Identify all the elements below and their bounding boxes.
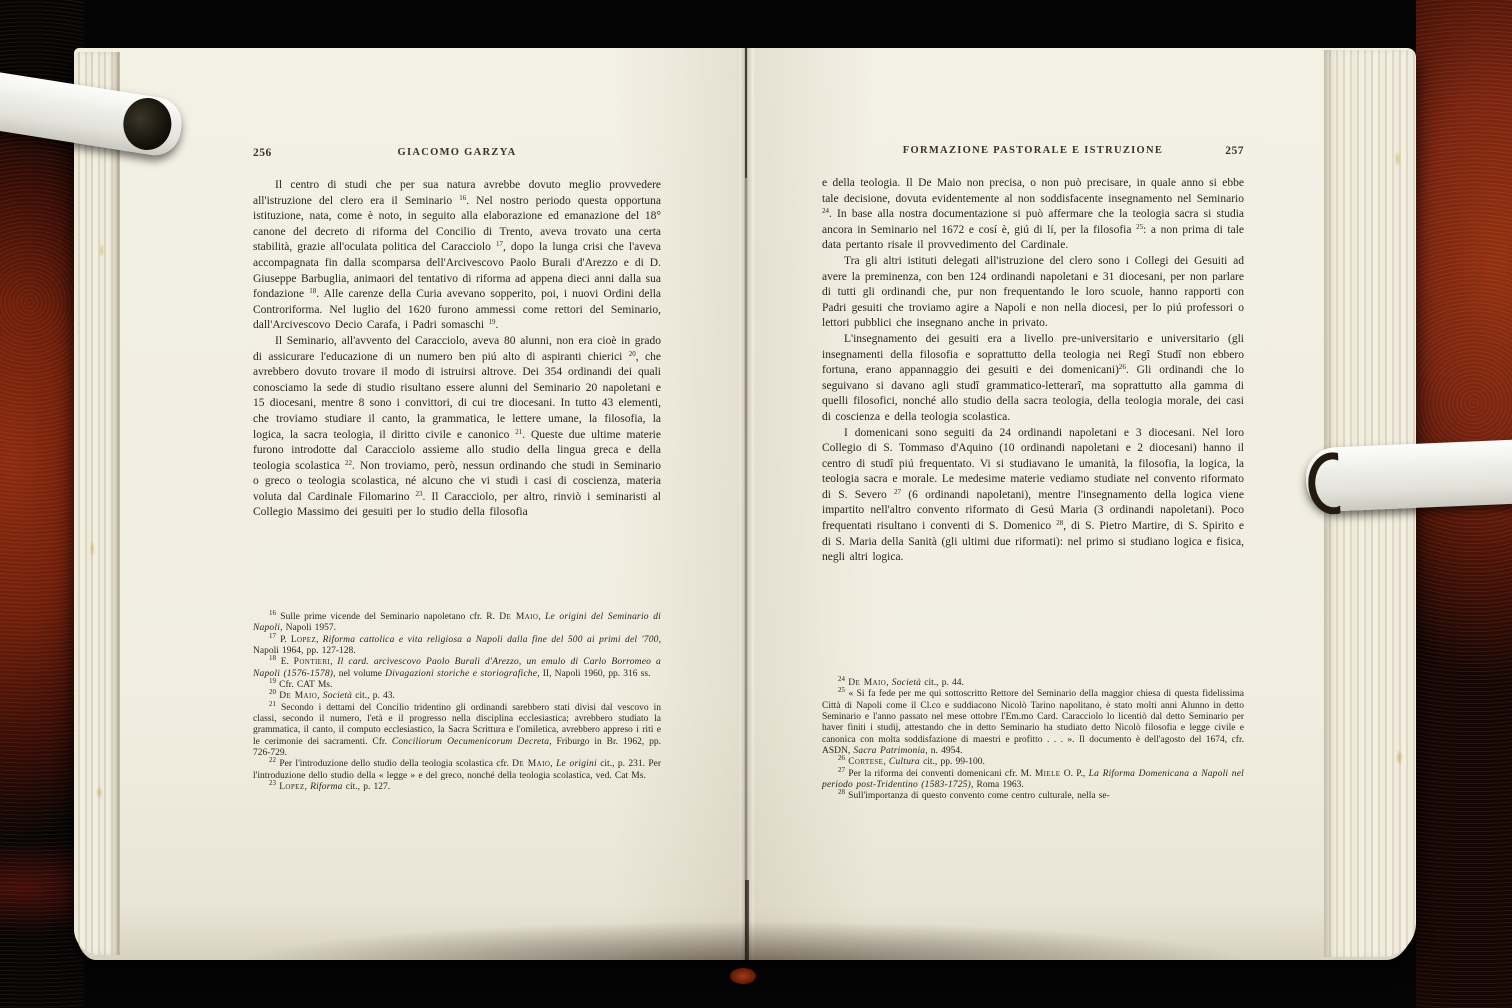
footnote: 27 Per la riforma dei conventi domenican…	[822, 769, 1244, 792]
paragraph: Tra gli altri istituti delegati all'istr…	[822, 254, 1244, 332]
right-page: FORMAZIONE PASTORALE E ISTRUZIONE 257	[822, 145, 1244, 161]
footnote: 22 Per l'introduzione dello studio della…	[253, 759, 661, 782]
footnote: 17 P. Lopez, Riforma cattolica e vita re…	[253, 635, 661, 658]
running-title-left: GIACOMO GARZYA	[397, 147, 516, 158]
footnote: 25 « Si fa fede per me qui sottoscritto …	[822, 689, 1244, 757]
left-fore-edge-pages	[74, 52, 120, 955]
spine-bottom	[730, 968, 756, 984]
footnote: 21 Secondo i dettami del Concilio triden…	[253, 703, 661, 760]
book-gutter	[738, 48, 754, 960]
paragraph: e della teologia. Il De Maio non precisa…	[822, 176, 1244, 254]
book-bottom-shadow	[74, 920, 1416, 960]
footnote: 20 De Maio, Società cit., p. 43.	[253, 691, 661, 702]
right-page-footnotes: 24 De Maio, Società cit., p. 44.25 « Si …	[822, 678, 1244, 803]
left-running-header: 256 GIACOMO GARZYA	[253, 147, 661, 163]
right-running-header: FORMAZIONE PASTORALE E ISTRUZIONE 257	[822, 145, 1244, 161]
leather-surface-left	[0, 0, 84, 1008]
paragraph: I domenicani sono seguiti da 24 ordinand…	[822, 426, 1244, 566]
page-number-right: 257	[1225, 145, 1244, 157]
footnote: 28 Sull'importanza di questo convento co…	[822, 791, 1244, 802]
paragraph: L'insegnamento dei gesuiti era a livello…	[822, 332, 1244, 426]
bookmark-clip-icon	[122, 97, 173, 151]
footnote: 24 De Maio, Società cit., p. 44.	[822, 678, 1244, 689]
right-page-body: e della teologia. Il De Maio non precisa…	[822, 176, 1244, 566]
left-page-footnotes: 16 Sulle prime vicende del Seminario nap…	[253, 612, 661, 794]
running-title-right: FORMAZIONE PASTORALE E ISTRUZIONE	[903, 145, 1163, 156]
left-page-body: Il centro di studi che per sua natura av…	[253, 178, 661, 521]
footnote: 23 Lopez, Riforma cit., p. 127.	[253, 782, 661, 793]
paragraph: Il centro di studi che per sua natura av…	[253, 178, 661, 334]
left-page: 256 GIACOMO GARZYA	[253, 147, 661, 163]
footnote: 16 Sulle prime vicende del Seminario nap…	[253, 612, 661, 635]
footnote: 26 Cortese, Cultura cit., pp. 99-100.	[822, 757, 1244, 768]
footnote: 18 E. Pontieri, Il card. arcivescovo Pao…	[253, 657, 661, 680]
photo-stage: 256 GIACOMO GARZYA Il centro di studi ch…	[0, 0, 1512, 1008]
paper-bookmark-right	[1305, 440, 1512, 513]
paragraph: Il Seminario, all'avvento del Caracciolo…	[253, 334, 661, 521]
page-number-left: 256	[253, 147, 272, 159]
footnote: 19 Cfr. CAT Ms.	[253, 680, 661, 691]
